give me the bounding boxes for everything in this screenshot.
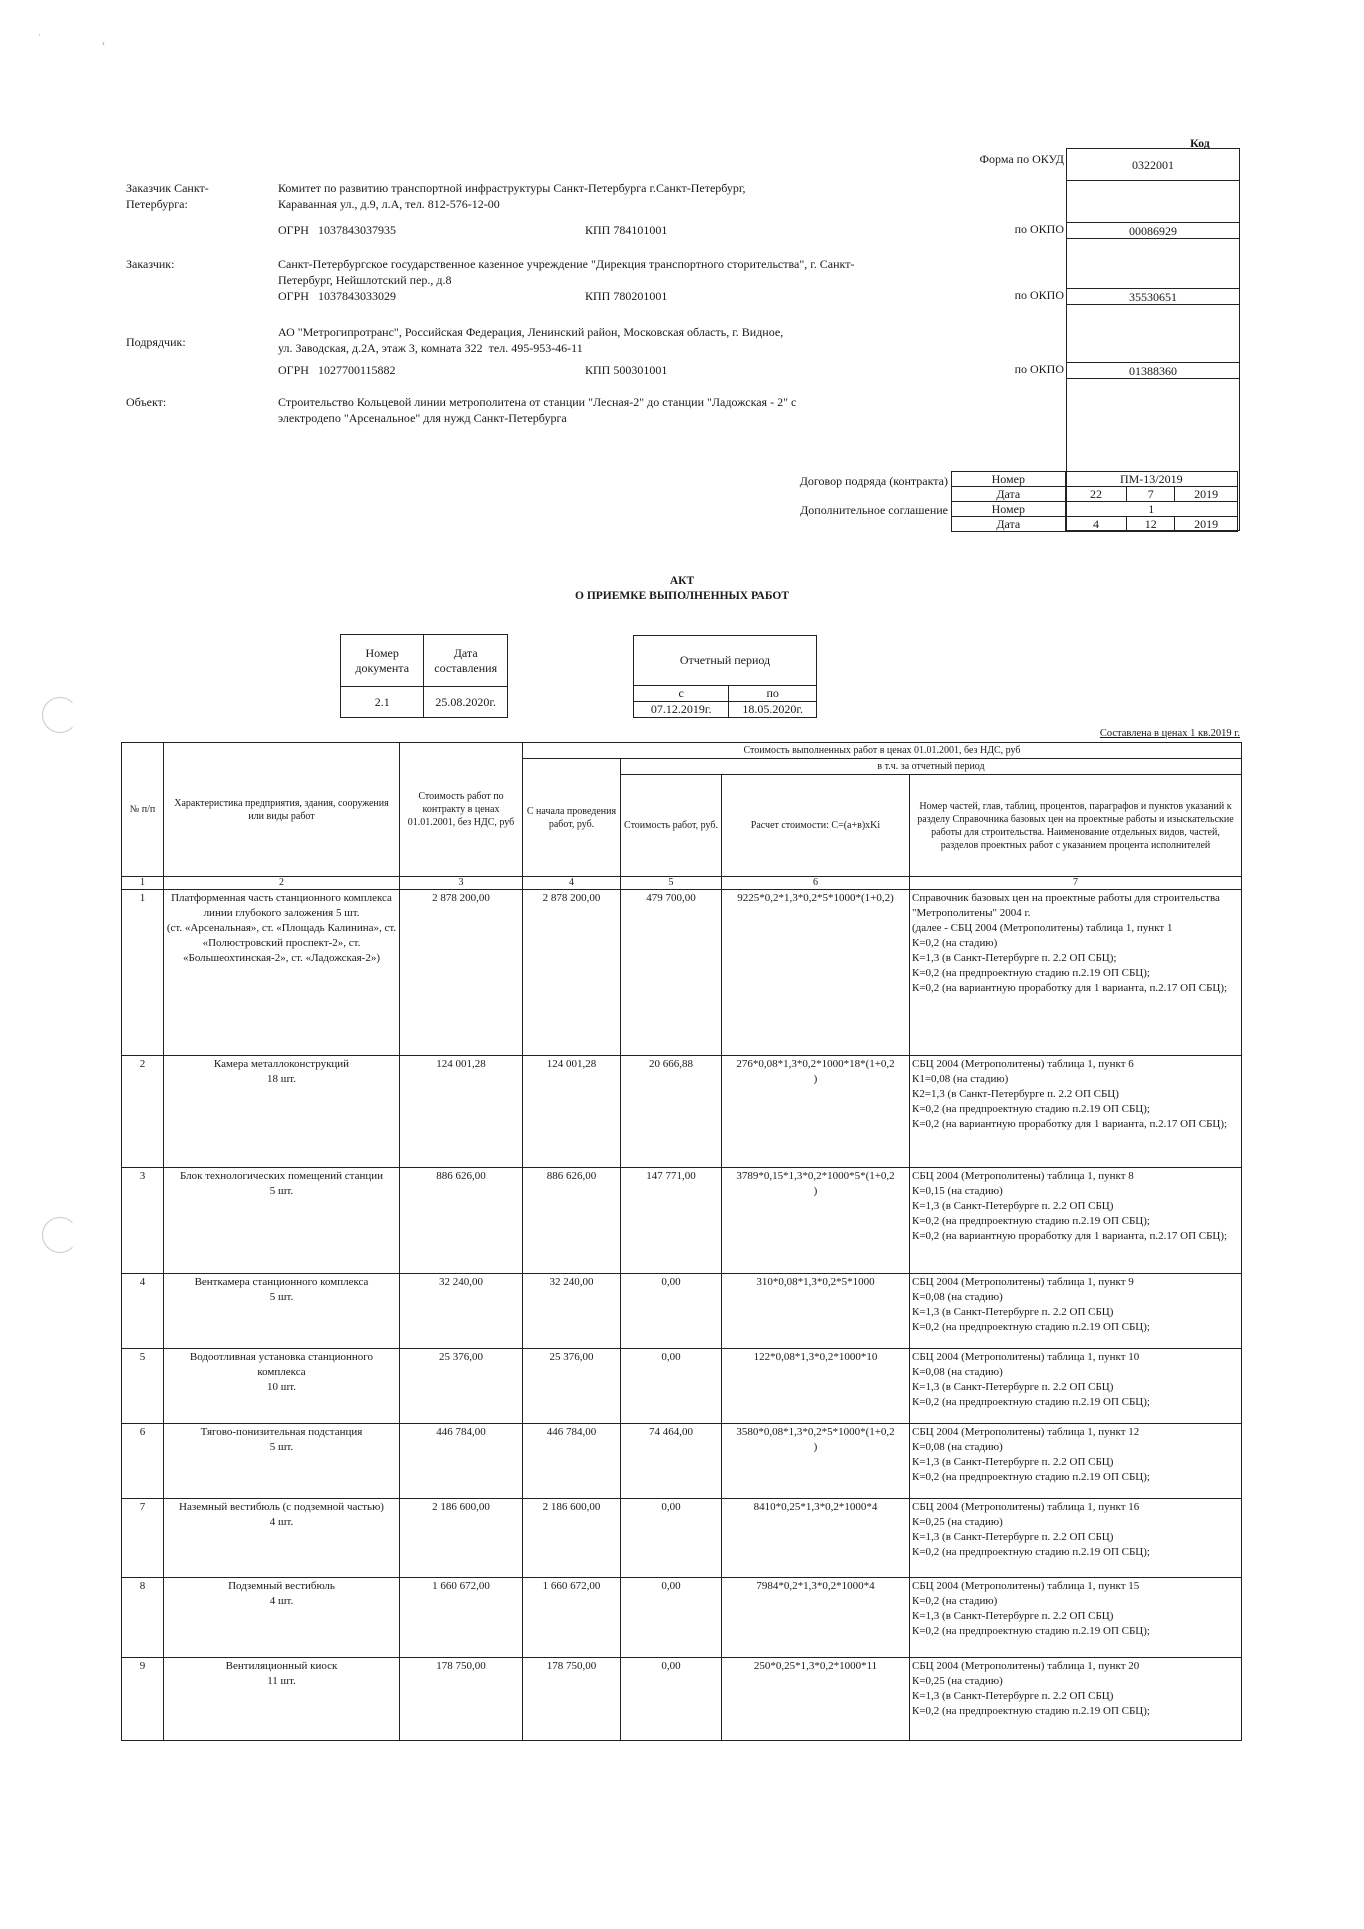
supplement-date-month: 12 (1127, 517, 1175, 532)
cost-since-start: 446 784,00 (523, 1424, 621, 1499)
supplement-number: 1 (1065, 502, 1237, 517)
cost-calculation: 122*0,08*1,3*0,2*1000*10 (722, 1349, 910, 1424)
cost-since-start: 886 626,00 (523, 1168, 621, 1274)
header-col-contract-cost: Стоимость работ по контракту в ценах 01.… (400, 743, 523, 877)
reference-text: СБЦ 2004 (Метрополитены) таблица 1, пунк… (910, 1499, 1242, 1578)
customer-spb-label: Заказчик Санкт-Петербурга: (126, 180, 236, 212)
cost-in-period: 147 771,00 (621, 1168, 722, 1274)
cost-since-start: 25 376,00 (523, 1349, 621, 1424)
contract-date-day: 22 (1065, 487, 1127, 502)
period-to: 18.05.2020г. (729, 702, 817, 718)
customer-kpp: КПП 780201001 (585, 288, 667, 304)
contract-cost: 178 750,00 (400, 1658, 523, 1741)
price-note: Составлена в ценах 1 кв.2019 г. (1100, 728, 1240, 739)
table-row: 4Венткамера станционного комплекса 5 шт.… (122, 1274, 1242, 1349)
customer-line1: Санкт-Петербургское государственное казе… (278, 256, 854, 272)
reference-text: Справочник базовых цен на проектные рабо… (910, 890, 1242, 1056)
works-table: № п/п Характеристика предприятия, здания… (121, 742, 1242, 1741)
header-subgroup-period: в т.ч. за отчетный период (621, 759, 1242, 775)
work-name: Блок технологических помещений станции 5… (164, 1168, 400, 1274)
document-number: 2.1 (341, 687, 424, 718)
okud-value: 0322001 (1067, 148, 1239, 181)
object-line2: электродепо "Арсенальное" для нужд Санкт… (278, 410, 567, 426)
document-info-table: Номер документа Дата составления 2.1 25.… (340, 634, 508, 718)
work-name: Подземный вестибюль 4 шт. (164, 1578, 400, 1658)
reference-text: СБЦ 2004 (Метрополитены) таблица 1, пунк… (910, 1658, 1242, 1741)
cost-since-start: 32 240,00 (523, 1274, 621, 1349)
code-empty-cell (1067, 304, 1239, 363)
column-number: 4 (523, 877, 621, 890)
contract-cost: 32 240,00 (400, 1274, 523, 1349)
supplement-date-year: 2019 (1175, 517, 1238, 532)
customer-spb-line1: Комитет по развитию транспортной инфраст… (278, 180, 746, 196)
row-number: 4 (122, 1274, 164, 1349)
table-row: 6Тягово-понизительная подстанция 5 шт.44… (122, 1424, 1242, 1499)
code-empty-cell (1067, 180, 1239, 223)
cost-calculation: 250*0,25*1,3*0,2*1000*11 (722, 1658, 910, 1741)
supplement-label: Дополнительное соглашение (800, 503, 948, 518)
header-col-reference: Номер частей, глав, таблиц, процентов, п… (910, 775, 1242, 877)
reference-text: СБЦ 2004 (Метрополитены) таблица 1, пунк… (910, 1349, 1242, 1424)
cost-in-period: 74 464,00 (621, 1424, 722, 1499)
work-name: Камера металлоконструкций 18 шт. (164, 1056, 400, 1168)
reference-text: СБЦ 2004 (Метрополитены) таблица 1, пунк… (910, 1578, 1242, 1658)
cost-in-period: 0,00 (621, 1578, 722, 1658)
reporting-period-table: Отчетный период с по 07.12.2019г. 18.05.… (633, 635, 817, 718)
cost-in-period: 0,00 (621, 1499, 722, 1578)
work-name: Наземный вестибюль (с подземной частью) … (164, 1499, 400, 1578)
period-from: 07.12.2019г. (634, 702, 729, 718)
cost-in-period: 20 666,88 (621, 1056, 722, 1168)
contractor-label: Подрядчик: (126, 334, 186, 350)
okpo-value-contractor: 01388360 (1067, 362, 1239, 379)
table-row: 8Подземный вестибюль 4 шт.1 660 672,001 … (122, 1578, 1242, 1658)
row-number: 7 (122, 1499, 164, 1578)
title-line2: О ПРИЕМКЕ ВЫПОЛНЕННЫХ РАБОТ (0, 589, 1364, 604)
cost-in-period: 0,00 (621, 1274, 722, 1349)
document-number-header: Номер документа (341, 635, 424, 687)
contractor-line2: ул. Заводская, д.2А, этаж 3, комната 322… (278, 340, 583, 356)
work-name: Вентиляционный киоск 11 шт. (164, 1658, 400, 1741)
table-row: 2Камера металлоконструкций 18 шт.124 001… (122, 1056, 1242, 1168)
column-number-row: 1234567 (122, 877, 1242, 890)
contract-cost: 2 186 600,00 (400, 1499, 523, 1578)
punch-hole-mark (42, 697, 78, 733)
table-row: 9Вентиляционный киоск 11 шт.178 750,0017… (122, 1658, 1242, 1741)
cost-calculation: 9225*0,2*1,3*0,2*5*1000*(1+0,2) (722, 890, 910, 1056)
table-row: 5Водоотливная установка станционного ком… (122, 1349, 1242, 1424)
okpo-label: по ОКПО (1015, 362, 1064, 377)
scan-speck: · (38, 30, 41, 40)
column-number: 1 (122, 877, 164, 890)
cost-calculation: 3580*0,08*1,3*0,2*5*1000*(1+0,2 ) (722, 1424, 910, 1499)
table-row: 3Блок технологических помещений станции … (122, 1168, 1242, 1274)
okpo-value-customer-spb: 00086929 (1067, 222, 1239, 239)
contract-table: Номер ПМ-13/2019 Дата 22 7 2019 Номер 1 … (951, 471, 1238, 532)
reference-text: СБЦ 2004 (Метрополитены) таблица 1, пунк… (910, 1056, 1242, 1168)
customer-spb-line2: Караванная ул., д.9, л.А, тел. 812-576-1… (278, 196, 500, 212)
contract-number: ПМ-13/2019 (1065, 472, 1237, 487)
contract-date-month: 7 (1127, 487, 1175, 502)
work-name: Тягово-понизительная подстанция 5 шт. (164, 1424, 400, 1499)
column-number: 6 (722, 877, 910, 890)
contractor-kpp: КПП 500301001 (585, 362, 667, 378)
cost-calculation: 310*0,08*1,3*0,2*5*1000 (722, 1274, 910, 1349)
contract-cost: 2 878 200,00 (400, 890, 523, 1056)
contract-number-label: Номер (952, 472, 1066, 487)
row-number: 2 (122, 1056, 164, 1168)
table-row: 7Наземный вестибюль (с подземной частью)… (122, 1499, 1242, 1578)
row-number: 9 (122, 1658, 164, 1741)
header-col-number: № п/п (122, 743, 164, 877)
customer-line2: Петербург, Нейшлотский пер., д.8 (278, 272, 452, 288)
customer-spb-ogrn: ОГРН 1037843037935 (278, 222, 396, 238)
customer-label: Заказчик: (126, 256, 174, 272)
period-from-label: с (634, 686, 729, 702)
cost-since-start: 124 001,28 (523, 1056, 621, 1168)
cost-in-period: 479 700,00 (621, 890, 722, 1056)
supplement-date-day: 4 (1065, 517, 1127, 532)
customer-spb-kpp: КПП 784101001 (585, 222, 667, 238)
cost-since-start: 178 750,00 (523, 1658, 621, 1741)
header-col-since-start: С начала проведения работ, руб. (523, 759, 621, 877)
row-number: 1 (122, 890, 164, 1056)
cost-since-start: 2 878 200,00 (523, 890, 621, 1056)
contract-cost: 886 626,00 (400, 1168, 523, 1274)
work-name: Венткамера станционного комплекса 5 шт. (164, 1274, 400, 1349)
okpo-value-customer: 35530651 (1067, 288, 1239, 305)
okud-label: Форма по ОКУД (980, 152, 1064, 167)
row-number: 8 (122, 1578, 164, 1658)
cost-since-start: 1 660 672,00 (523, 1578, 621, 1658)
column-number: 7 (910, 877, 1242, 890)
reference-text: СБЦ 2004 (Метрополитены) таблица 1, пунк… (910, 1424, 1242, 1499)
cost-since-start: 2 186 600,00 (523, 1499, 621, 1578)
work-name: Водоотливная установка станционного комп… (164, 1349, 400, 1424)
reference-text: СБЦ 2004 (Метрополитены) таблица 1, пунк… (910, 1274, 1242, 1349)
contractor-line1: АО "Метрогипротранс", Российская Федерац… (278, 324, 783, 340)
contractor-ogrn: ОГРН 1027700115882 (278, 362, 396, 378)
cost-calculation: 276*0,08*1,3*0,2*1000*18*(1+0,2 ) (722, 1056, 910, 1168)
cost-in-period: 0,00 (621, 1349, 722, 1424)
document-title: АКТ О ПРИЕМКЕ ВЫПОЛНЕННЫХ РАБОТ (0, 574, 1364, 604)
row-number: 5 (122, 1349, 164, 1424)
row-number: 6 (122, 1424, 164, 1499)
table-row: 1Платформенная часть станционного компле… (122, 890, 1242, 1056)
contract-date-year: 2019 (1175, 487, 1238, 502)
cost-calculation: 7984*0,2*1,3*0,2*1000*4 (722, 1578, 910, 1658)
reference-text: СБЦ 2004 (Метрополитены) таблица 1, пунк… (910, 1168, 1242, 1274)
okpo-label: по ОКПО (1015, 222, 1064, 237)
header-col-name: Характеристика предприятия, здания, соор… (164, 743, 400, 877)
contract-date-label: Дата (952, 487, 1066, 502)
header-col-period-cost: Стоимость работ, руб. (621, 775, 722, 877)
customer-ogrn: ОГРН 1037843033029 (278, 288, 396, 304)
contract-cost: 446 784,00 (400, 1424, 523, 1499)
supplement-date-label: Дата (952, 517, 1066, 532)
object-label: Объект: (126, 394, 166, 410)
header-col-calc: Расчет стоимости: С=(а+в)хKi (722, 775, 910, 877)
code-empty-cell (1067, 238, 1239, 289)
document-date-header: Дата составления (424, 635, 508, 687)
cost-calculation: 8410*0,25*1,3*0,2*1000*4 (722, 1499, 910, 1578)
column-number: 2 (164, 877, 400, 890)
header-group-completed: Стоимость выполненных работ в ценах 01.0… (523, 743, 1242, 759)
row-number: 3 (122, 1168, 164, 1274)
contract-cost: 1 660 672,00 (400, 1578, 523, 1658)
document-date: 25.08.2020г. (424, 687, 508, 718)
supplement-number-label: Номер (952, 502, 1066, 517)
scan-speck: ‹ (102, 38, 105, 48)
cost-calculation: 3789*0,15*1,3*0,2*1000*5*(1+0,2 ) (722, 1168, 910, 1274)
period-to-label: по (729, 686, 817, 702)
title-line1: АКТ (0, 574, 1364, 589)
object-line1: Строительство Кольцевой линии метрополит… (278, 394, 796, 410)
punch-hole-mark (42, 1217, 78, 1253)
contract-cost: 124 001,28 (400, 1056, 523, 1168)
work-name: Платформенная часть станционного комплек… (164, 890, 400, 1056)
column-number: 5 (621, 877, 722, 890)
column-number: 3 (400, 877, 523, 890)
okpo-label: по ОКПО (1015, 288, 1064, 303)
cost-in-period: 0,00 (621, 1658, 722, 1741)
contract-cost: 25 376,00 (400, 1349, 523, 1424)
contract-label: Договор подряда (контракта) (800, 474, 948, 489)
period-header: Отчетный период (634, 636, 817, 686)
